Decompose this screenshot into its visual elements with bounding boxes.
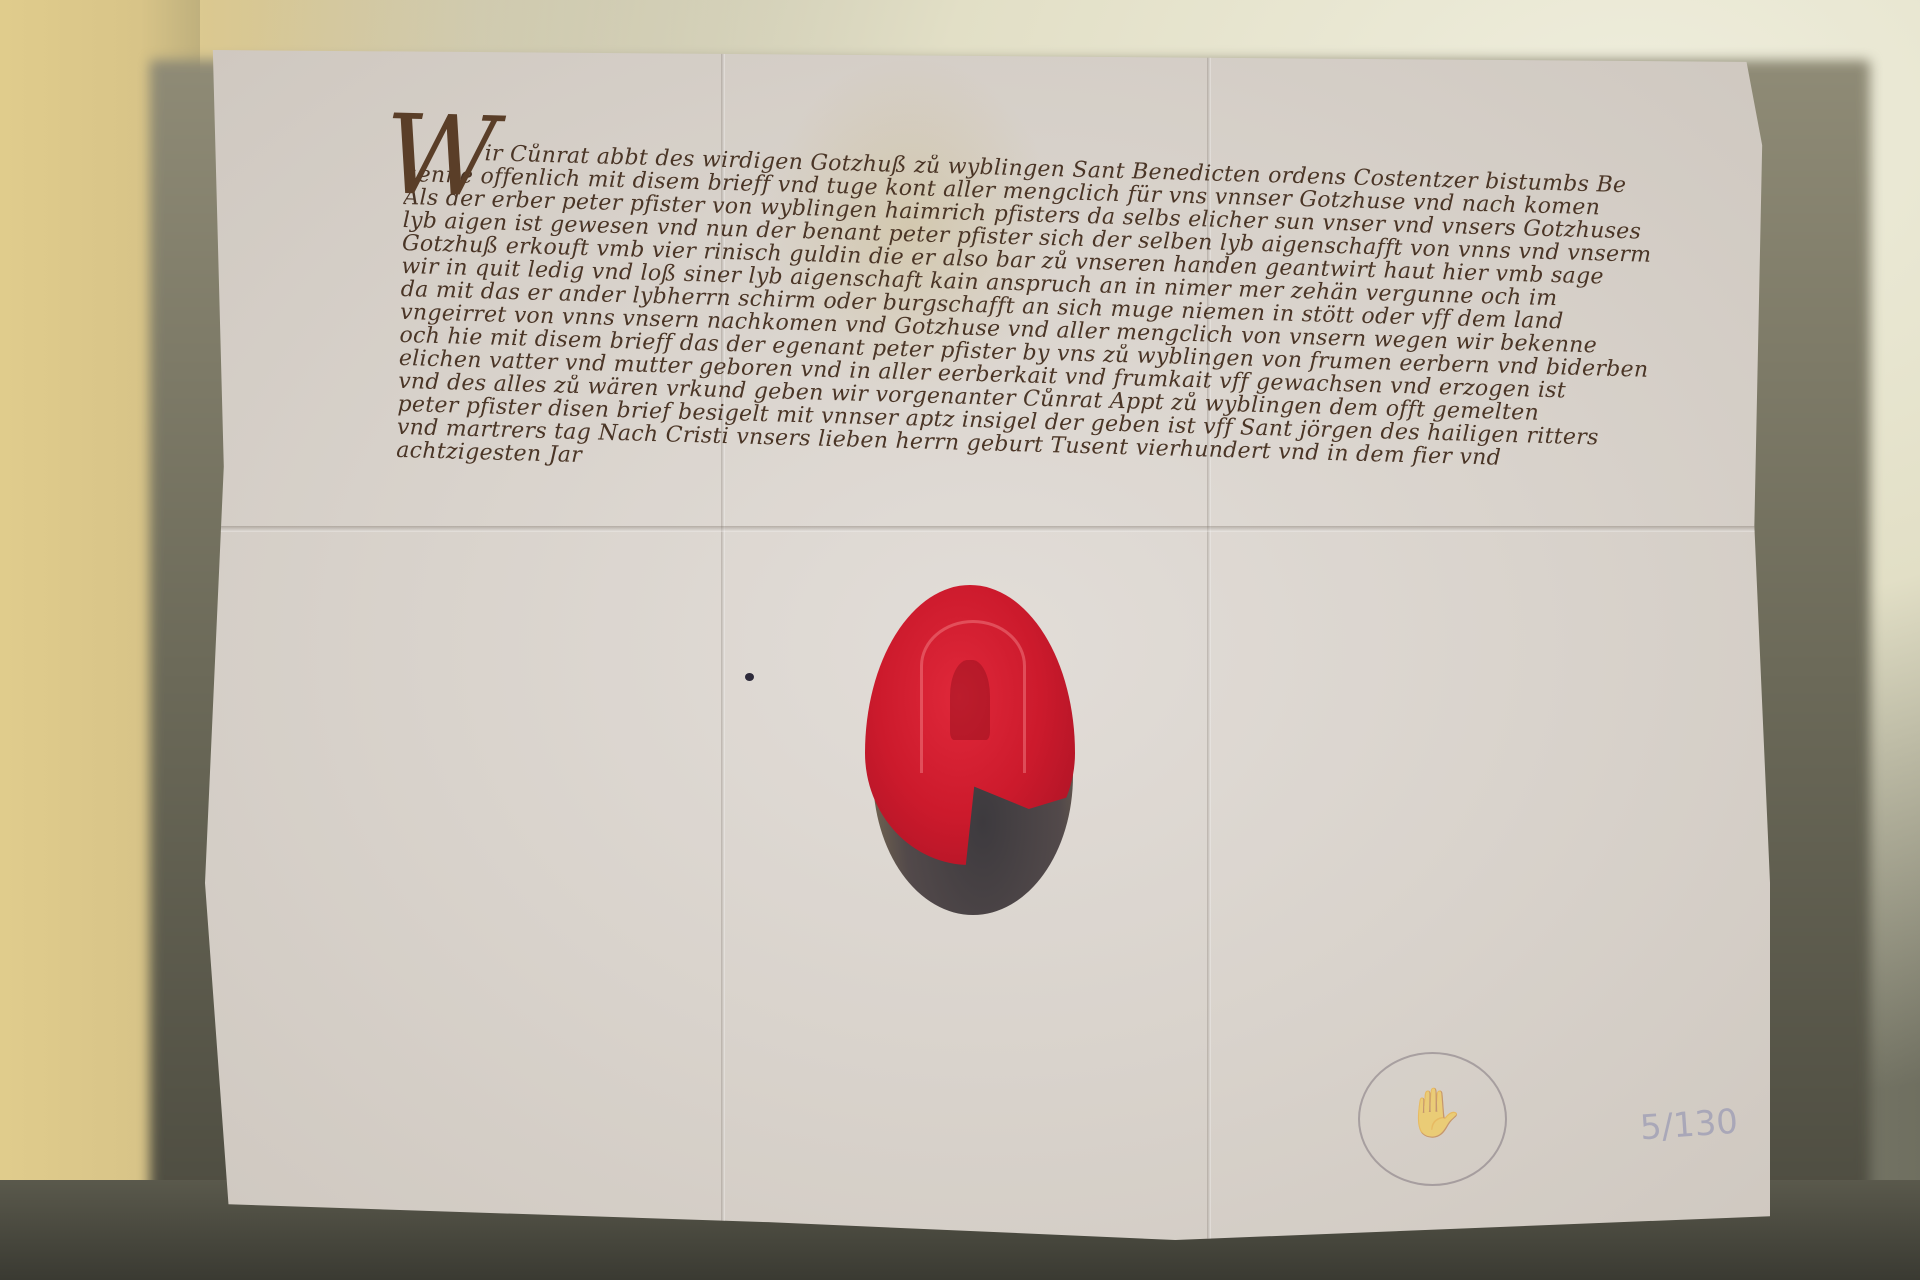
seal-enthroned-figure-icon [950, 660, 990, 740]
ink-spot [745, 673, 754, 681]
pencil-shelfmark: 5/130 [1639, 1102, 1740, 1149]
fold-line-horizontal [205, 526, 1770, 532]
hand-icon: ✋ [1405, 1084, 1465, 1141]
charter-text: W ir Cůnrat abbt des wirdigen Gotzhuß zů… [396, 140, 1724, 499]
archive-stamp: ✋ [1358, 1052, 1507, 1186]
decorated-initial: W [383, 99, 499, 212]
wax-seal [865, 585, 1080, 915]
